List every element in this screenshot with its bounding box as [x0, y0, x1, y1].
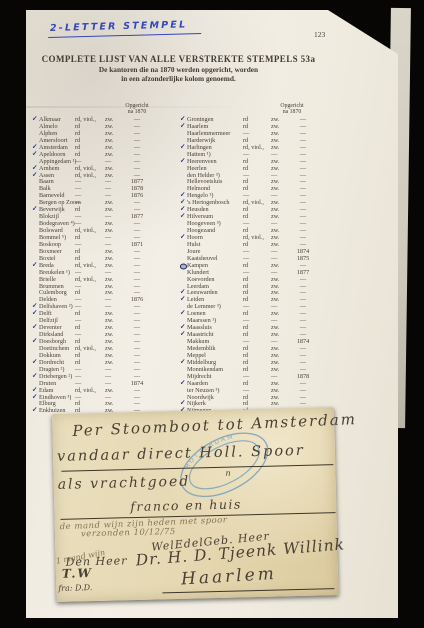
no-mark [180, 241, 187, 248]
paper-crease [26, 106, 398, 108]
page-title: COMPLETE LIJST VAN ALLE VERSTREKTE STEMP… [36, 54, 321, 64]
checkmark-icon: ✓ [180, 332, 187, 339]
no-mark [32, 234, 39, 241]
oval-mark-icon [180, 262, 187, 269]
envelope-routing-line-4: franco en huis [130, 496, 242, 514]
list-left-rows: ✓Alkmaarrd, viol.,zw.—Almelordzw.—Alphen… [32, 117, 178, 415]
no-mark [32, 228, 39, 235]
checkmark-icon: ✓ [180, 123, 187, 130]
no-mark [32, 283, 39, 290]
no-mark [32, 179, 39, 186]
stamp-list-left-column: Opgericht na 1870 ✓Alkmaarrd, viol.,zw.—… [32, 117, 178, 415]
no-mark [32, 123, 39, 130]
envelope-small-n: n [225, 469, 230, 478]
no-mark [180, 172, 187, 179]
no-mark [180, 221, 187, 228]
no-mark [32, 186, 39, 193]
checkmark-icon: ✓ [32, 262, 39, 269]
checkmark-icon: ✓ [32, 117, 39, 124]
envelope-routing-line-3: als vrachtgoed [58, 474, 191, 493]
checkmark-icon: ✓ [32, 394, 39, 401]
page-subtitle: De kantoren die na 1870 werden opgericht… [36, 66, 321, 83]
no-mark [180, 276, 187, 283]
column-header-right: Opgericht na 1870 [268, 104, 316, 115]
checkmark-icon: ✓ [180, 214, 187, 221]
title-block: COMPLETE LIJST VAN ALLE VERSTREKTE STEMP… [36, 54, 321, 83]
checkmark-icon: ✓ [32, 373, 39, 380]
no-mark [32, 193, 39, 200]
checkmark-icon: ✓ [180, 144, 187, 151]
no-mark [32, 214, 39, 221]
handwritten-annotation: 2-LETTER STEMPEL [48, 19, 202, 38]
checkmark-icon: ✓ [32, 151, 39, 158]
checkmark-icon: ✓ [32, 325, 39, 332]
checkmark-icon: ✓ [180, 359, 187, 366]
checkmark-icon: ✓ [180, 311, 187, 318]
checkmark-icon: ✓ [180, 297, 187, 304]
no-mark [180, 387, 187, 394]
checkmark-icon: ✓ [180, 234, 187, 241]
page-number: 123 [314, 30, 325, 39]
checkmark-icon: ✓ [180, 158, 187, 165]
stamp-list-right-column: Opgericht na 1870 ✓Groningenrdzw.—✓Haarl… [180, 117, 326, 415]
no-mark [180, 366, 187, 373]
no-mark [180, 255, 187, 262]
checkmark-icon: ✓ [32, 311, 39, 318]
no-mark [32, 221, 39, 228]
subtitle-line-2: in een afzonderlijke kolom genoemd. [36, 75, 321, 84]
no-mark [180, 269, 187, 276]
no-mark [180, 130, 187, 137]
pencil-note-line-2: verzonden 10/12/75 [81, 527, 176, 539]
checkmark-icon: ✓ [32, 172, 39, 179]
no-mark [180, 179, 187, 186]
column-header-left: Opgericht na 1870 [113, 104, 161, 115]
no-mark [32, 345, 39, 352]
checkmark-icon: ✓ [32, 408, 39, 415]
no-mark [32, 248, 39, 255]
no-mark [32, 276, 39, 283]
envelope: ROTTERDAM Per Stoomboot tot Amsterdam va… [52, 407, 339, 602]
corner-note: fra: D.D. [58, 583, 92, 593]
sender-initials: T.W [62, 566, 93, 581]
no-mark [32, 130, 39, 137]
checkmark-icon: ✓ [32, 339, 39, 346]
address-city: Haarlem [181, 564, 278, 590]
no-mark [32, 241, 39, 248]
list-right-rows: ✓Groningenrdzw.—✓Haarlemrdzw.—Haarlemmer… [180, 117, 326, 415]
no-mark [180, 248, 187, 255]
no-mark [32, 269, 39, 276]
checkmark-icon: ✓ [180, 380, 187, 387]
no-mark [32, 290, 39, 297]
no-mark [180, 165, 187, 172]
checkmark-icon: ✓ [32, 207, 39, 214]
no-mark [180, 345, 187, 352]
no-mark [180, 339, 187, 346]
checkmark-icon: ✓ [32, 359, 39, 366]
